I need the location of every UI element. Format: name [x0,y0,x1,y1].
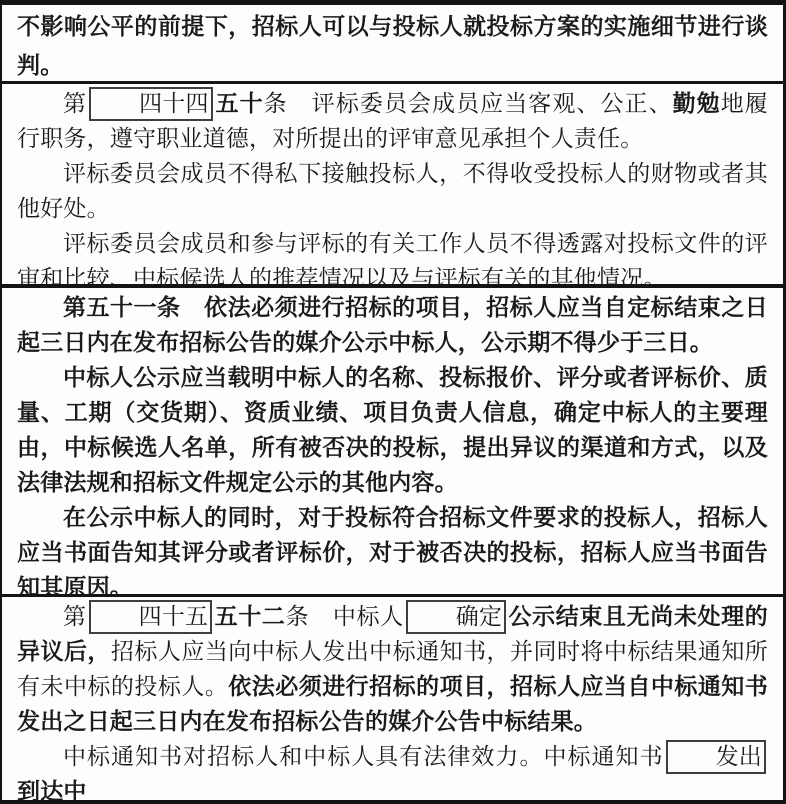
revision-box-text: 发出 [666,740,766,774]
paragraph: 第四十五五十二条 中标人确定公示结束且无尚未处理的异议后，招标人应当向中标人发出… [17,599,768,739]
body-text-segment: 条 中标人 [286,604,404,629]
revision-inserted-text-segment: 到达中 [17,778,87,800]
paragraph: 中标通知书对招标人和中标人具有法律效力。中标通知书发出到达中 [17,739,768,800]
paragraph: 不影响公平的前提下，招标人可以与投标人就投标方案的实施细节进行谈判。 [17,7,768,81]
paragraph: 在公示中标人的同时，对于投标符合招标文件要求的投标人，招标人应当书面告知其评分或… [17,500,768,593]
paragraph: 第四十四五十条 评标委员会成员应当客观、公正、勤勉地履行职务，遵守职业道德，对所… [17,86,768,156]
revision-box-text: 四十四 [89,87,213,121]
section-article-52: 第四十五五十二条 中标人确定公示结束且无尚未处理的异议后，招标人应当向中标人发出… [2,594,783,800]
section-article-51: 第五十一条 依法必须进行招标的项目，招标人应当自定标结束之日起三日内在发布招标公… [2,284,783,593]
revision-box-text: 确定 [406,600,506,634]
paragraph: 评标委员会成员不得私下接触投标人，不得收受投标人的财物或者其他好处。 [17,156,768,226]
section-article-50: 第四十四五十条 评标委员会成员应当客观、公正、勤勉地履行职务，遵守职业道德，对所… [2,81,783,285]
body-text-segment: 第 [63,91,87,116]
revision-inserted-text-segment: 五十 [215,90,264,116]
body-text-segment: 条 评标委员会成员应当客观、公正、 [264,91,673,116]
revision-inserted-text-segment: 第五十一条 依法必须进行招标的项目，招标人应当自定标结束之日起三日内在发布招标公… [17,294,768,355]
paragraph: 中标人公示应当载明中标人的名称、投标报价、评分或者评标价、质量、工期（交货期）、… [17,360,768,500]
paragraph: 第五十一条 依法必须进行招标的项目，招标人应当自定标结束之日起三日内在发布招标公… [17,290,768,360]
revision-inserted-text-segment: 勤勉 [673,90,721,116]
body-text-segment: 第 [63,604,87,629]
body-text-segment: 评标委员会成员和参与评标的有关工作人员不得透露对投标文件的评审和比较、中标候选人… [17,231,768,285]
document-page: 不影响公平的前提下，招标人可以与投标人就投标方案的实施细节进行谈判。 第四十四五… [0,0,786,804]
section-continuation-paragraph: 不影响公平的前提下，招标人可以与投标人就投标方案的实施细节进行谈判。 [2,5,783,81]
revision-inserted-text-segment: 在公示中标人的同时，对于投标符合招标文件要求的投标人，招标人应当书面告知其评分或… [17,504,768,593]
paragraph: 评标委员会成员和参与评标的有关工作人员不得透露对投标文件的评审和比较、中标候选人… [17,226,768,285]
body-text-segment: 中标通知书对招标人和中标人具有法律效力。中标通知书 [63,744,664,769]
revision-box-text: 四十五 [89,600,213,634]
revision-inserted-text-segment: 五十二 [214,603,285,629]
revision-inserted-text-segment: 不影响公平的前提下，招标人可以与投标人就投标方案的实施细节进行谈判。 [17,13,768,78]
body-text-segment: 评标委员会成员不得私下接触投标人，不得收受投标人的财物或者其他好处。 [17,161,768,221]
revision-inserted-text-segment: 中标人公示应当载明中标人的名称、投标报价、评分或者评标价、质量、工期（交货期）、… [17,364,768,495]
